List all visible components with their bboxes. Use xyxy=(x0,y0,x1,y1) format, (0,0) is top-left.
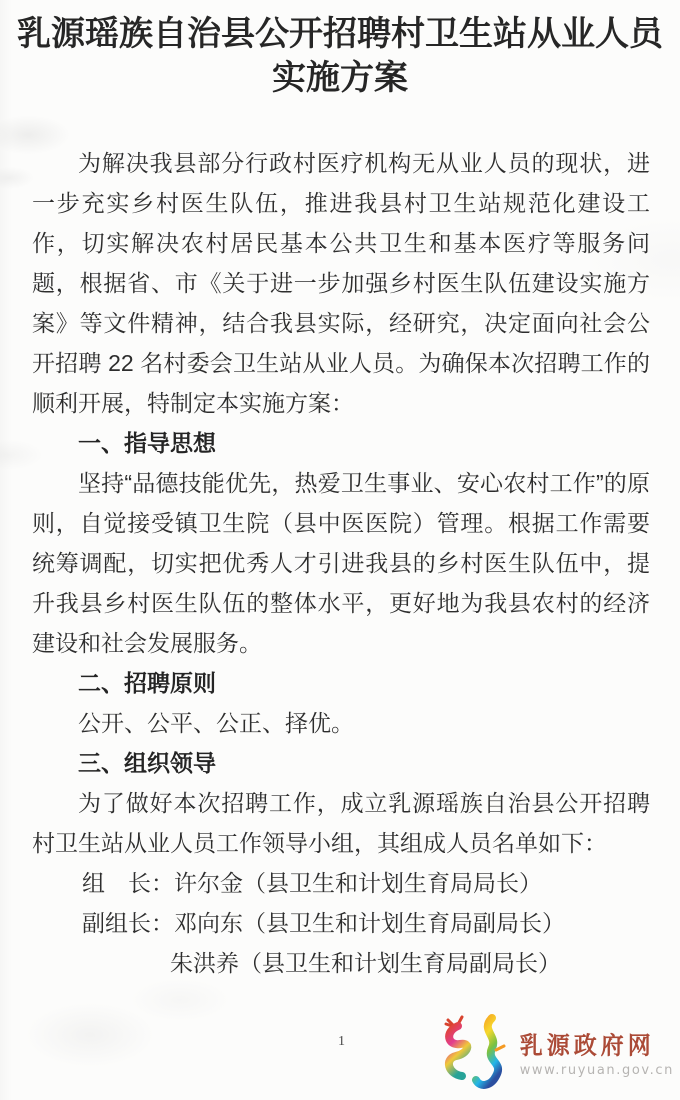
dragon-phoenix-logo-icon xyxy=(438,1014,518,1090)
document-body: 为解决我县部分行政村医疗机构无从业人员的现状，进一步充实乡村医生队伍，推进我县村… xyxy=(32,143,650,983)
leader-line-deputy-1: 副组长：邓向东（县卫生和计划生育局副局长） xyxy=(32,903,650,943)
document-title-line-2: 实施方案 xyxy=(0,56,680,100)
paragraph-leadership-group: 为了做好本次招聘工作，成立乳源瑶族自治县公开招聘村卫生站从业人员工作领导小组，其… xyxy=(32,783,650,863)
paragraph-guiding-ideology: 坚持“品德技能优先，热爱卫生事业、安心农村工作”的原则，自觉接受镇卫生院（县中医… xyxy=(32,463,650,663)
logo-text-block: 乳源政府网 www.ruyuan.gov.cn xyxy=(520,1027,674,1078)
section-heading-guiding-ideology: 一、指导思想 xyxy=(32,423,650,463)
logo-site-name: 乳源政府网 xyxy=(520,1026,655,1061)
section-heading-recruit-principles: 二、招聘原则 xyxy=(32,663,650,703)
ruyuan-gov-watermark: 乳源政府网 www.ruyuan.gov.cn xyxy=(438,1014,674,1090)
leader-line-deputy-2: 朱洪养（县卫生和计划生育局副局长） xyxy=(32,943,650,983)
paragraph-introduction: 为解决我县部分行政村医疗机构无从业人员的现状，进一步充实乡村医生队伍，推进我县村… xyxy=(32,143,650,423)
page-number: 1 xyxy=(338,1034,345,1050)
leader-line-group-head: 组 长：许尔金（县卫生和计划生育局局长） xyxy=(32,863,650,903)
logo-site-url: www.ruyuan.gov.cn xyxy=(520,1063,674,1078)
section-heading-organization: 三、组织领导 xyxy=(32,743,650,783)
paragraph-recruit-principles: 公开、公平、公正、择优。 xyxy=(32,703,650,743)
scanned-document-page: 乳源瑶族自治县公开招聘村卫生站从业人员 实施方案 为解决我县部分行政村医疗机构无… xyxy=(0,0,680,1100)
document-title: 乳源瑶族自治县公开招聘村卫生站从业人员 实施方案 xyxy=(0,12,680,100)
document-title-line-1: 乳源瑶族自治县公开招聘村卫生站从业人员 xyxy=(0,12,680,56)
